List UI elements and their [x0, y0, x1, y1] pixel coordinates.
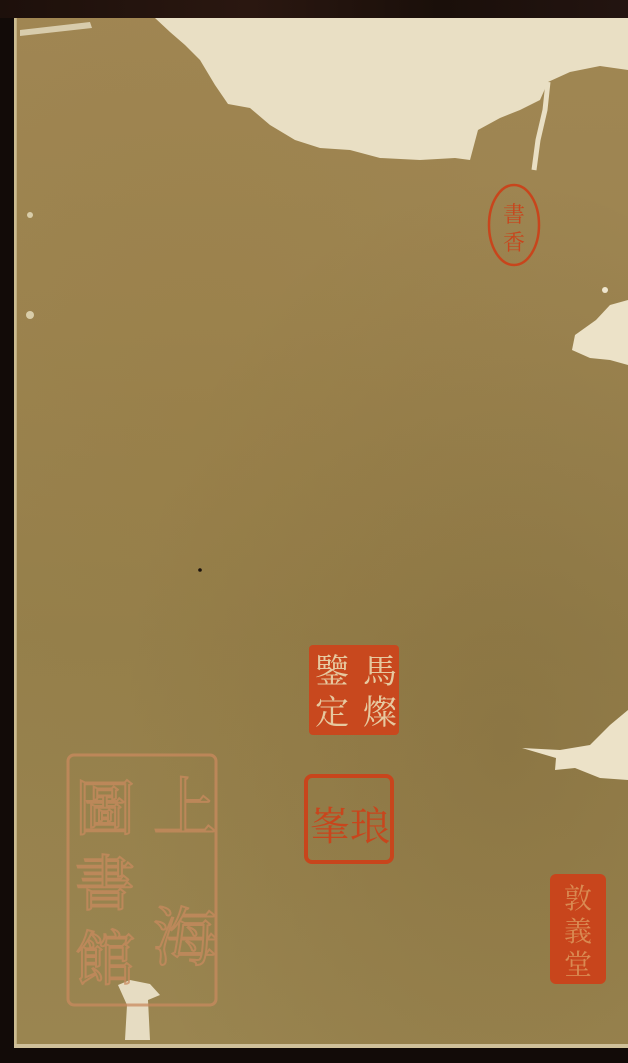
svg-text:海: 海 — [153, 902, 217, 976]
svg-text:香: 香 — [503, 231, 525, 256]
svg-text:館: 館 — [75, 925, 135, 995]
svg-text:鑒: 鑒 — [315, 652, 349, 692]
torn-top-area — [155, 18, 628, 160]
svg-text:書: 書 — [75, 850, 135, 920]
square-outline-seal: 琅 峯 — [306, 776, 392, 862]
worn-patch-right-upper — [572, 300, 628, 365]
svg-text:峯: 峯 — [310, 804, 350, 850]
svg-text:圖: 圖 — [75, 775, 135, 845]
svg-text:琅: 琅 — [350, 804, 390, 850]
svg-text:敦: 敦 — [564, 882, 592, 915]
cover-overlay: 書 香 馬 燦 鑒 定 琅 峯 敦 義 堂 上 海 圖 書 館 — [0, 0, 628, 1063]
svg-text:書: 書 — [503, 203, 525, 228]
corner-scrape — [20, 22, 92, 36]
svg-text:馬: 馬 — [363, 652, 397, 692]
square-relief-seal: 馬 燦 鑒 定 — [309, 645, 399, 735]
svg-text:義: 義 — [564, 915, 592, 948]
worn-patch-right-lower — [522, 710, 628, 780]
tall-hall-seal: 敦 義 堂 — [550, 874, 606, 984]
svg-text:定: 定 — [315, 693, 349, 733]
svg-text:燦: 燦 — [363, 693, 397, 733]
svg-text:堂: 堂 — [564, 948, 592, 981]
svg-text:上: 上 — [153, 772, 217, 846]
oval-seal-shuxiang: 書 香 — [489, 185, 539, 265]
faded-library-seal: 上 海 圖 書 館 — [68, 755, 217, 1005]
